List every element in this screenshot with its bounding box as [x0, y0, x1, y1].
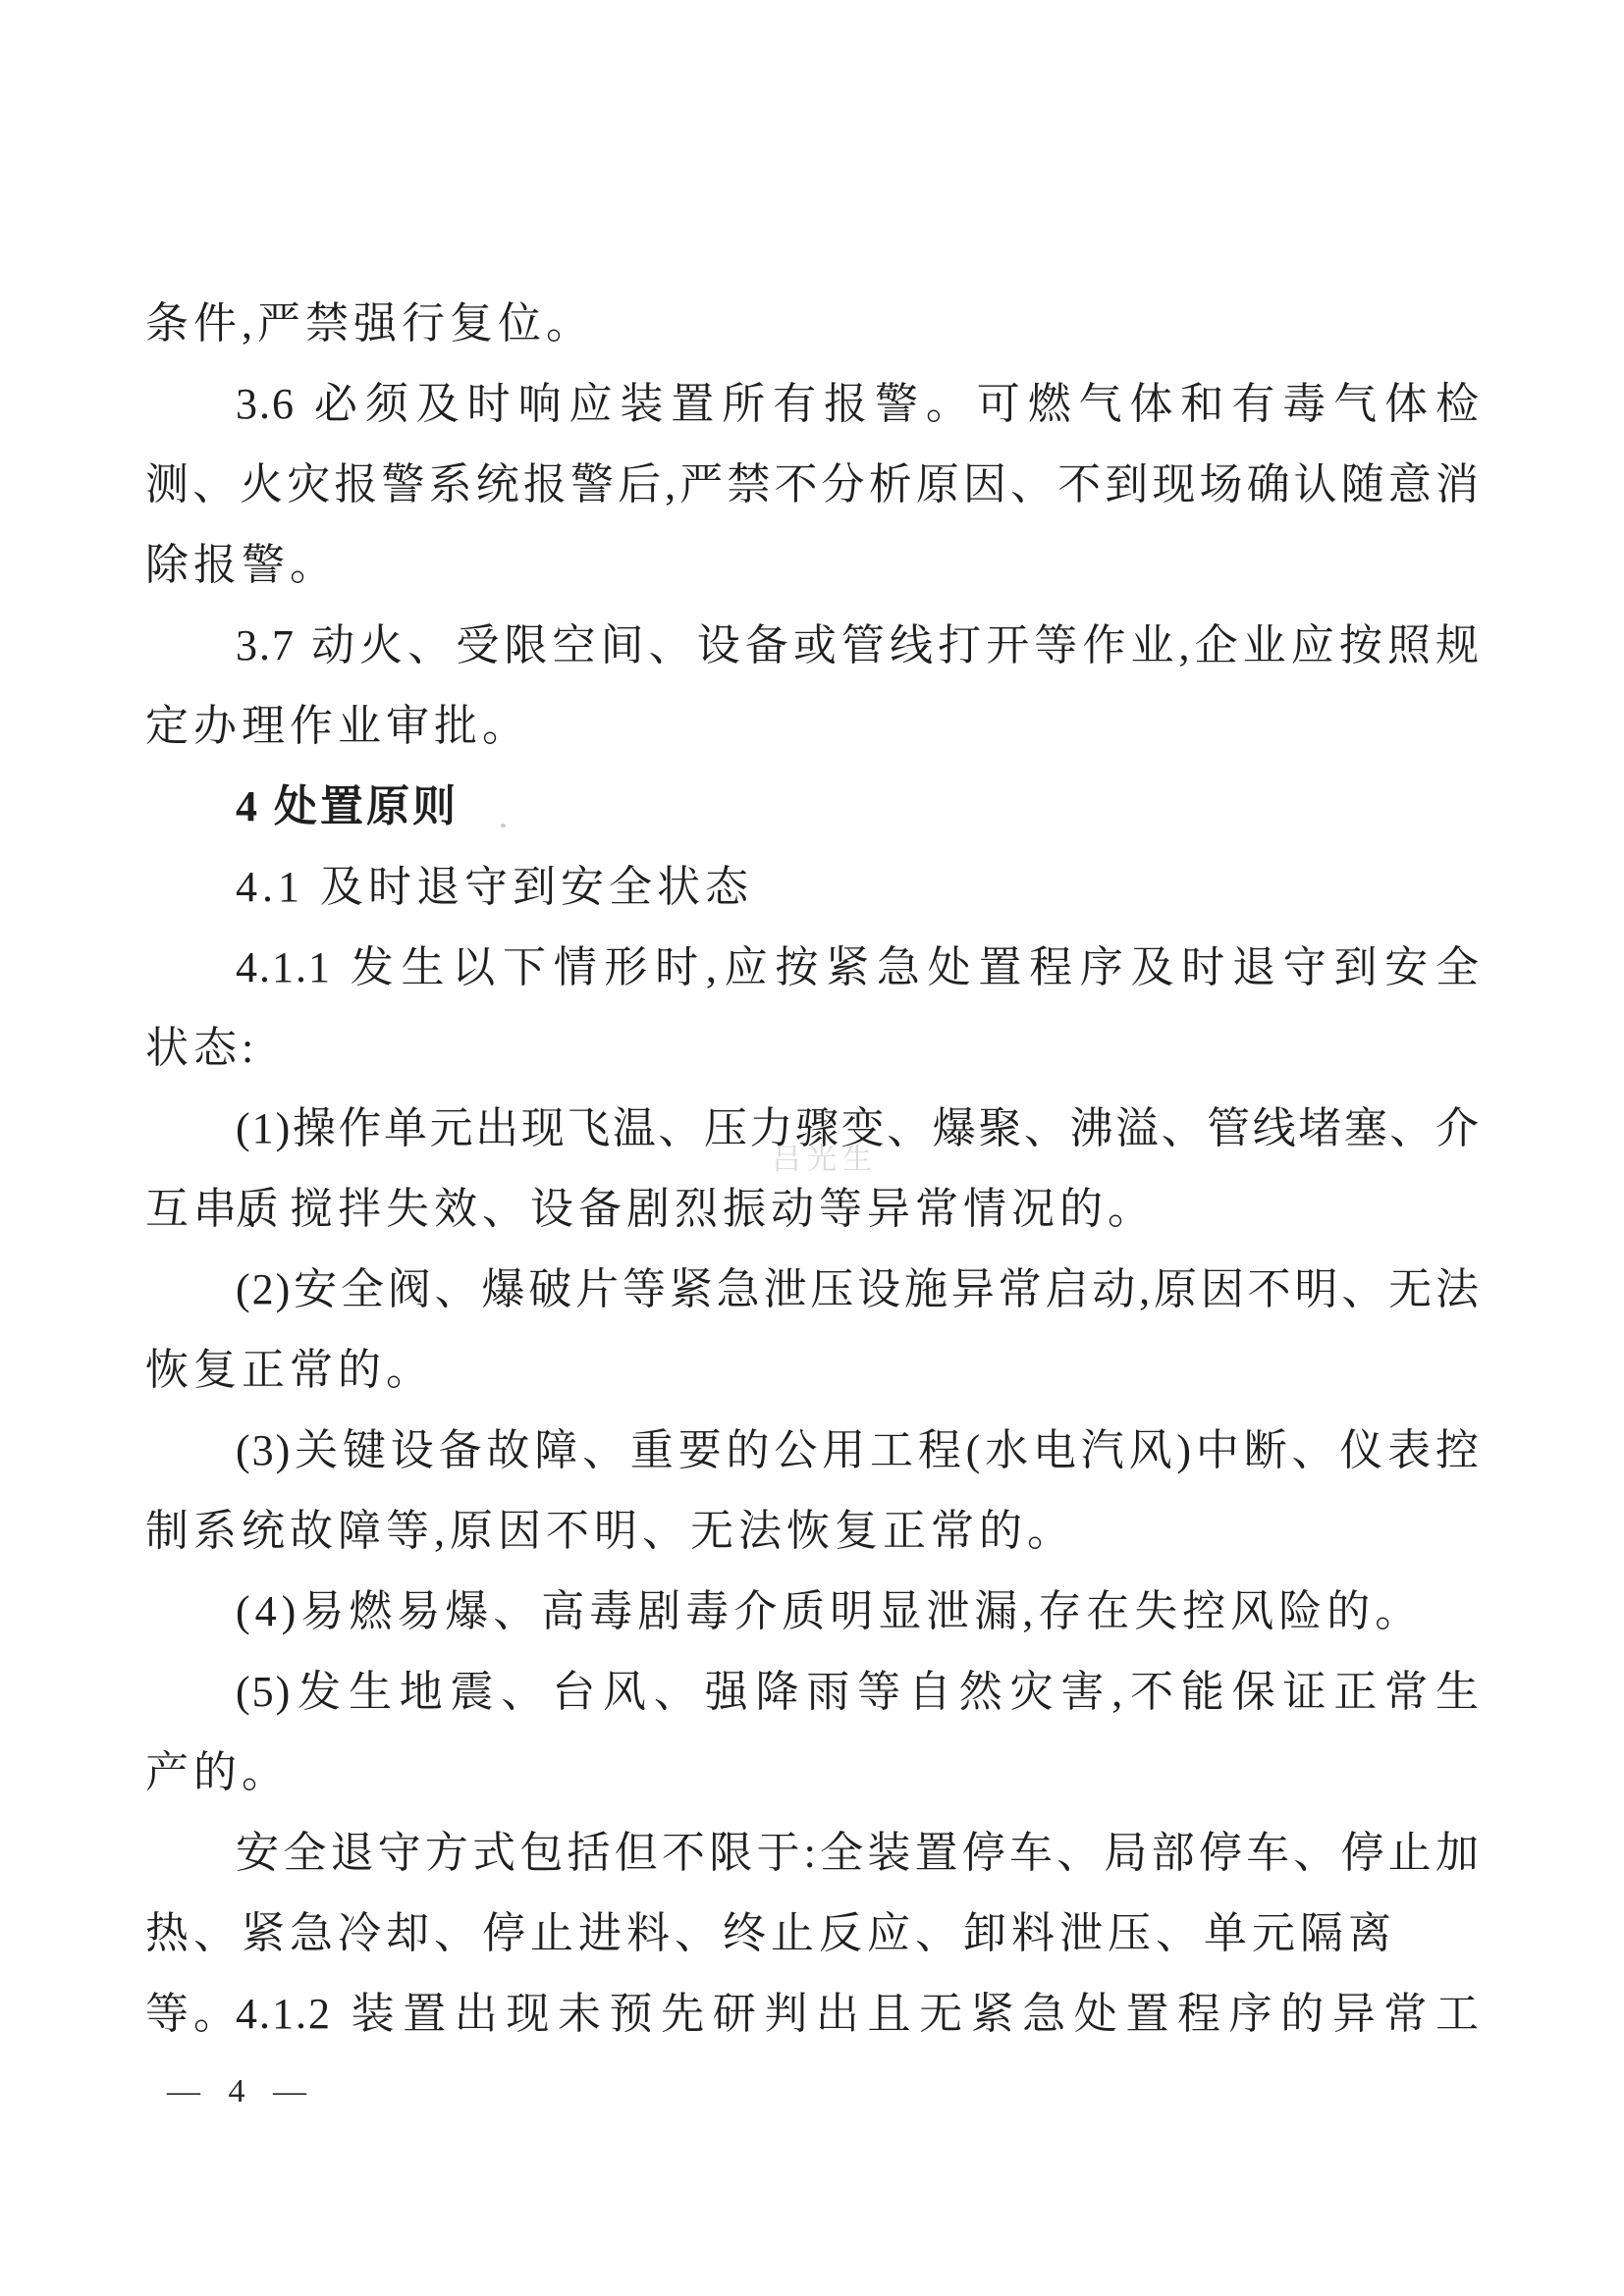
text-line-item-2: (2)安全阀、爆破片等紧急泄压设施异常启动,原因不明、无法 — [145, 1250, 1481, 1330]
section-heading-4: 4 处置原则 — [145, 767, 1481, 847]
text-line-continuation: 恢复正常的。 — [145, 1330, 1481, 1411]
text-line-continuation: 状态: — [145, 1008, 1481, 1089]
watermark: 吕光生 — [772, 1135, 878, 1178]
text-line-continuation: 制系统故障等,原因不明、无法恢复正常的。 — [145, 1491, 1481, 1572]
page-number: — 4 — — [167, 2073, 316, 2110]
document-page: 条件,严禁强行复位。 3.6 必须及时响应装置所有报警。可燃气体和有毒气体检 测… — [0, 0, 1624, 2296]
text-line-item-5: (5)发生地震、台风、强降雨等自然灾害,不能保证正常生 — [145, 1652, 1481, 1733]
text-line-section-3-7: 3.7 动火、受限空间、设备或管线打开等作业,企业应按照规 — [145, 606, 1481, 686]
text-line-item-3: (3)关键设备故障、重要的公用工程(水电汽风)中断、仪表控 — [145, 1411, 1481, 1491]
text-line-continuation: 条件,严禁强行复位。 — [145, 284, 1481, 364]
text-line-continuation: 定办理作业审批。 — [145, 686, 1481, 767]
text-line-item-4: (4)易燃易爆、高毒剧毒介质明显泄漏,存在失控风险的。 — [145, 1572, 1481, 1652]
text-line-continuation: 互串、搅拌失效、设备剧烈振动等异常情况的。 — [145, 1169, 1481, 1250]
text-line-section-4-1: 4.1 及时退守到安全状态 — [145, 847, 1481, 928]
text-line-continuation: 测、火灾报警系统报警后,严禁不分析原因、不到现场确认随意消 — [145, 445, 1481, 525]
text-line-section-4-1-1: 4.1.1 发生以下情形时,应按紧急处置程序及时退守到安全 — [145, 928, 1481, 1008]
text-line-section-3-6: 3.6 必须及时响应装置所有报警。可燃气体和有毒气体检 — [145, 364, 1481, 445]
text-line-continuation: 产的。 — [145, 1733, 1481, 1813]
text-line-continuation: 热、紧急冷却、停止进料、终止反应、卸料泄压、单元隔离等。 — [145, 1894, 1481, 1974]
scan-artifact-dot — [501, 824, 506, 828]
text-line-retreat-modes: 安全退守方式包括但不限于:全装置停车、局部停车、停止加 — [145, 1813, 1481, 1894]
text-line-section-4-1-2: 4.1.2 装置出现未预先研判出且无紧急处置程序的异常工 — [145, 1974, 1481, 2055]
text-line-continuation: 除报警。 — [145, 525, 1481, 606]
